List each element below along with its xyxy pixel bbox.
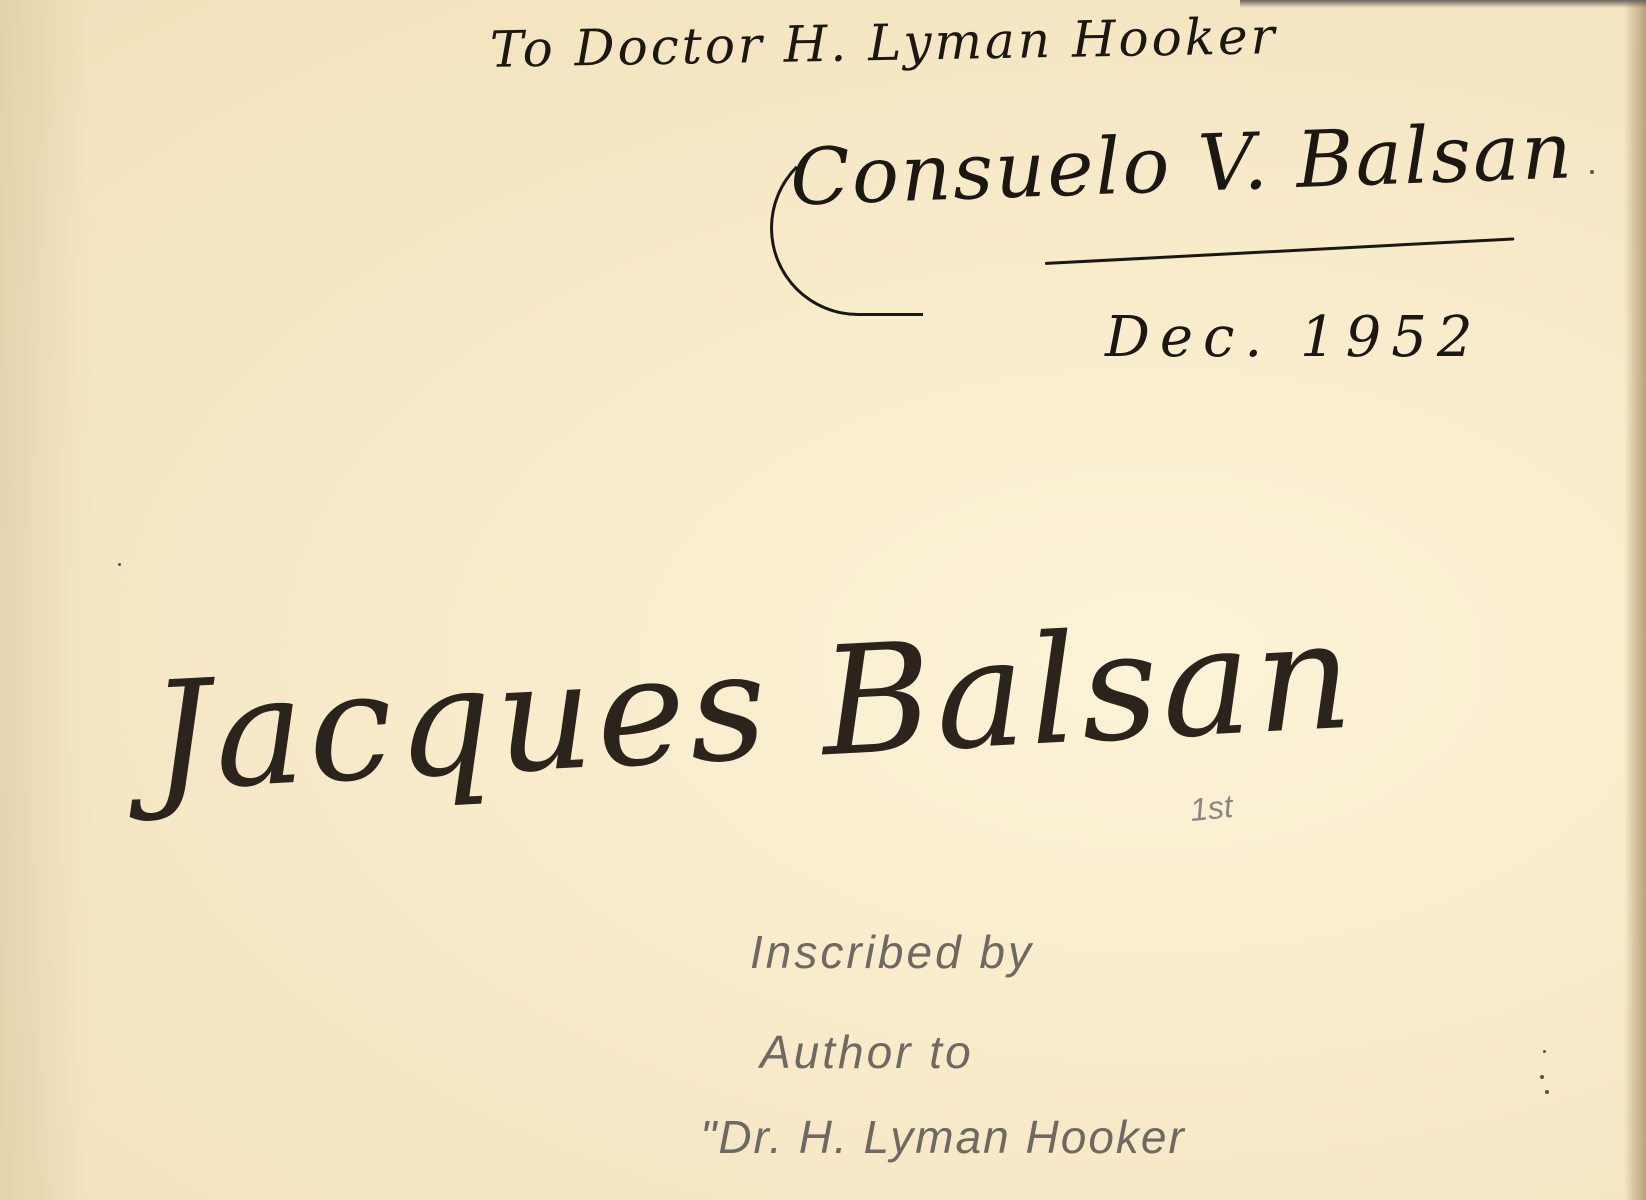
paper-speck xyxy=(1545,1090,1549,1094)
signature: Consuelo V. Balsan xyxy=(789,106,1575,223)
dedication-line: To Doctor H. Lyman Hooker xyxy=(490,7,1278,79)
paper-speck xyxy=(118,563,121,566)
page-edge-right xyxy=(1624,0,1646,1200)
page-shadow-left xyxy=(0,0,90,1200)
cover-edge-top xyxy=(1240,0,1646,8)
paper-speck xyxy=(1543,1050,1546,1053)
signature-underline xyxy=(1045,237,1515,265)
book-page: To Doctor H. Lyman Hooker Consuelo V. Ba… xyxy=(0,0,1646,1200)
paper-speck xyxy=(1540,1075,1544,1079)
pencil-note-line-2: Author to xyxy=(760,1025,974,1079)
author-name-signature: Jacques Balsan xyxy=(146,589,1360,826)
paper-speck xyxy=(1590,170,1594,174)
edition-note: 1st xyxy=(1188,788,1234,829)
pencil-note-line-1: Inscribed by xyxy=(750,925,1034,979)
inscription-date: Dec. 1952 xyxy=(1105,305,1483,370)
pencil-note-line-3: "Dr. H. Lyman Hooker xyxy=(700,1110,1186,1164)
